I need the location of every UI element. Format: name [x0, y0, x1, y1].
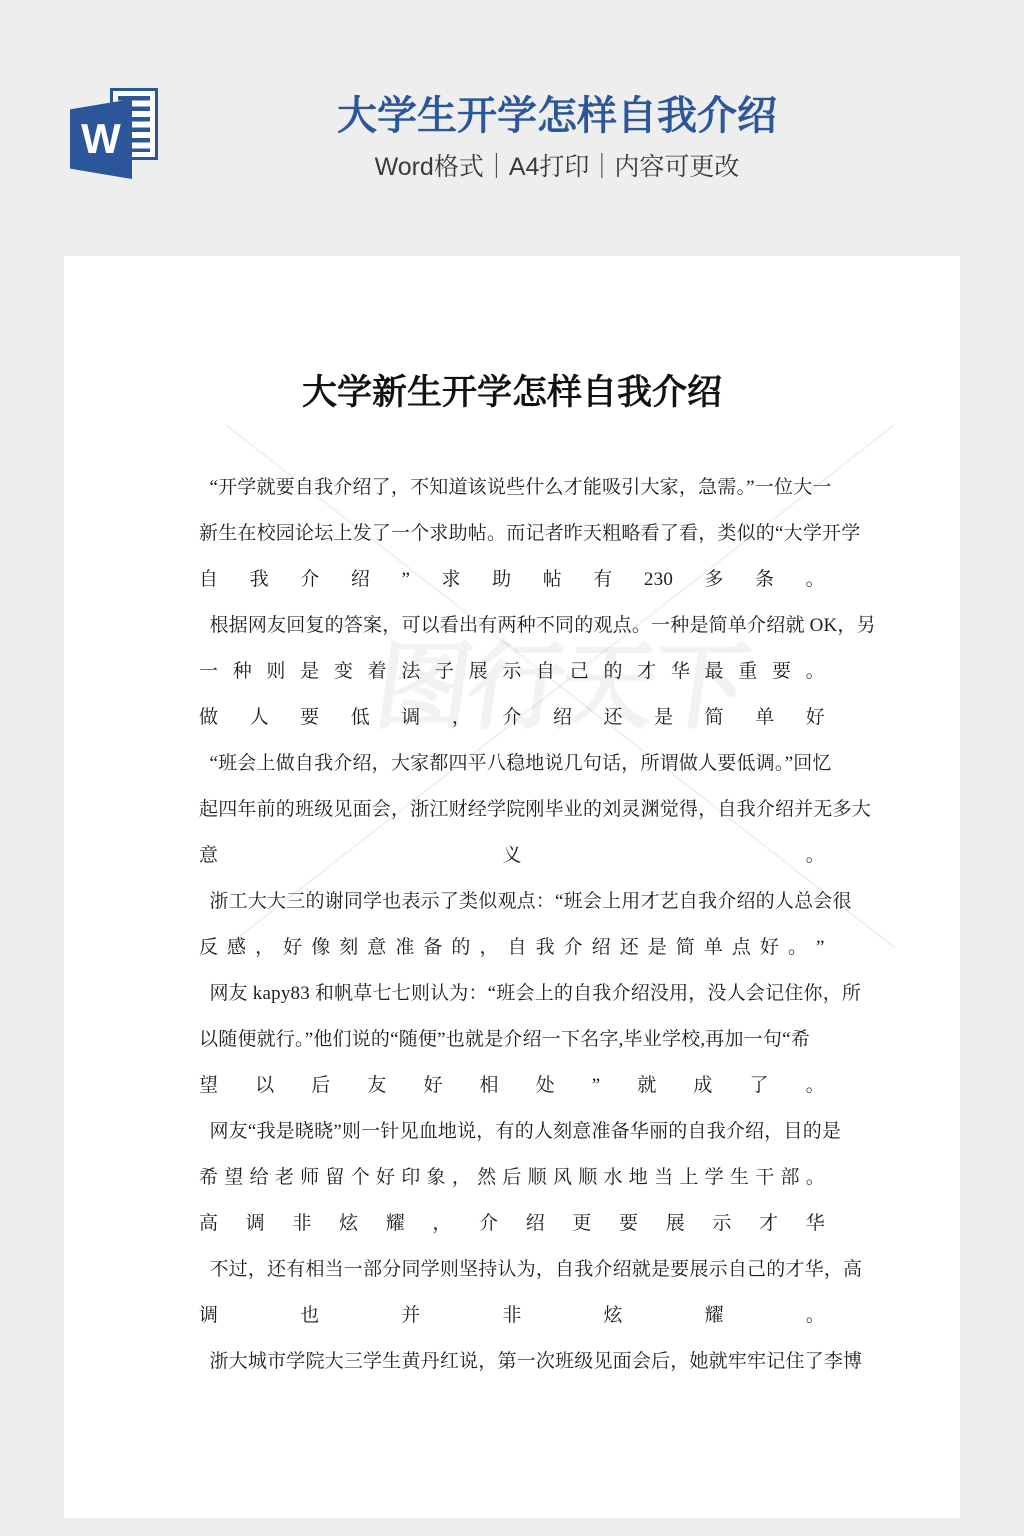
document-line: 浙大城市学院大三学生黄丹红说，第一次班级见面会后，她就牢牢记住了李博 [199, 1339, 825, 1385]
header-text: 大学生开学怎样自我介绍 Word格式｜A4打印｜内容可更改 [0, 0, 1024, 182]
page-subtitle: Word格式｜A4打印｜内容可更改 [90, 152, 1024, 182]
document-page: 图行天下 大学新生开学怎样自我介绍 “开学就要自我介绍了，不知道该说些什么才能吸… [64, 256, 960, 1518]
document-line: 新生在校园论坛上发了一个求助帖。而记者昨天粗略看了看，类似的“大学开学 [199, 511, 825, 557]
document-line: 浙工大大三的谢同学也表示了类似观点：“班会上用才艺自我介绍的人总会很 [199, 879, 825, 925]
header: W 大学生开学怎样自我介绍 Word格式｜A4打印｜内容可更改 [0, 0, 1024, 256]
document-line: 自我介绍”求助帖有230多条。 [199, 557, 825, 603]
document-line: 以随便就行。”他们说的“随便”也就是介绍一下名字,毕业学校,再加一句“希 [199, 1017, 825, 1063]
document-line: 希望给老师留个好印象，然后顺风顺水地当上学生干部。 [199, 1155, 825, 1201]
document-line: 起四年前的班级见面会，浙江财经学院刚毕业的刘灵渊觉得，自我介绍并无多大 [199, 787, 825, 833]
document-line: 网友“我是晓晓”则一针见血地说，有的人刻意准备华丽的自我介绍，目的是 [199, 1109, 825, 1155]
document-line: 意义。 [199, 833, 825, 879]
page-title: 大学生开学怎样自我介绍 [90, 90, 1024, 142]
document-body: “开学就要自我介绍了，不知道该说些什么才能吸引大家，急需。”一位大一新生在校园论… [199, 465, 825, 1385]
page-background: W 大学生开学怎样自我介绍 Word格式｜A4打印｜内容可更改 图行天下 大学新… [0, 0, 1024, 1536]
document-line: 反感，好像刻意准备的，自我介绍还是简单点好。” [199, 925, 825, 971]
document-line: 不过，还有相当一部分同学则坚持认为，自我介绍就是要展示自己的才华，高 [199, 1247, 825, 1293]
document-line: 高调非炫耀，介绍更要展示才华 [199, 1201, 825, 1247]
document-line: 网友 kapy83 和帆草七七则认为：“班会上的自我介绍没用，没人会记住你，所 [199, 971, 825, 1017]
document-line: 调也并非炫耀。 [199, 1293, 825, 1339]
document-line: 做人要低调，介绍还是简单好 [199, 695, 825, 741]
document-title: 大学新生开学怎样自我介绍 [64, 256, 960, 416]
document-line: 一种则是变着法子展示自己的才华最重要。 [199, 649, 825, 695]
document-line: 根据网友回复的答案，可以看出有两种不同的观点。一种是简单介绍就 OK，另 [199, 603, 825, 649]
document-line: “开学就要自我介绍了，不知道该说些什么才能吸引大家，急需。”一位大一 [199, 465, 825, 511]
document-line: “班会上做自我介绍，大家都四平八稳地说几句话，所谓做人要低调。”回忆 [199, 741, 825, 787]
document-line: 望以后友好相处”就成了。 [199, 1063, 825, 1109]
